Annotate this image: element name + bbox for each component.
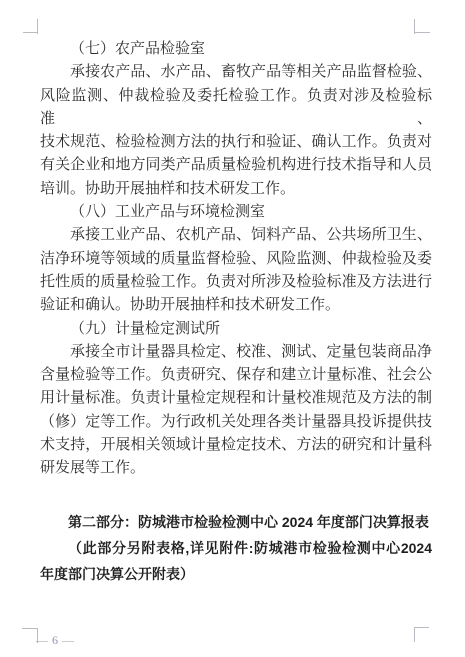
page-number-right-dash: —: [62, 633, 74, 647]
part-two-title-block: 第二部分：防城港市检验检测中心 2024 年度部门决算报表 （此部分另附表格,详…: [40, 509, 432, 587]
subsection-heading: （八）工业产品与环境检测室: [40, 201, 432, 224]
subsection-heading: （九）计量检定测试所: [40, 318, 432, 341]
body-text-line: 承接农产品、水产品、畜牧产品等相关产品监督检验、: [40, 61, 432, 84]
body-text-line: 有关企业和地方同类产品质量检验机构进行技术指导和人员: [40, 154, 432, 177]
crop-mark-bottom-left-horizontal: [22, 628, 37, 629]
attachment-note-line: （此部分另附表格,详见附件:防城港市检验检测中心2024: [40, 535, 432, 561]
body-text-line: 验证和确认。协助开展抽样和技术研发工作。: [40, 294, 432, 317]
body-text-line: 技术规范、检验检测方法的执行和验证、确认工作。负责对: [40, 131, 432, 154]
body-text-line: 托性质的质量检验工作。负责对所涉及检验标准及方法进行: [40, 271, 432, 294]
body-text-line: 含量检验等工作。负责研究、保存和建立计量标准、社会公: [40, 364, 432, 387]
body-text-line: 承接工业产品、农机产品、饲料产品、公共场所卫生、: [40, 224, 432, 247]
body-text-line: 承接全市计量器具检定、校准、测试、定量包装商品净: [40, 341, 432, 364]
page-number: — 6 —: [36, 633, 74, 647]
body-text-line: （修）定等工作。为行政机关处理各类计量器具投诉提供技: [40, 411, 432, 434]
part-two-title-line: 第二部分：防城港市检验检测中心 2024 年度部门决算报表: [40, 509, 432, 535]
crop-mark-bottom-right-vertical: [414, 627, 415, 642]
crop-mark-top-left-horizontal: [23, 32, 38, 33]
document-page: （七）农产品检验室 承接农产品、水产品、畜牧产品等相关产品监督检验、 风险监测、…: [0, 0, 465, 657]
page-number-left-dash: —: [36, 633, 48, 647]
body-paragraphs: （七）农产品检验室 承接农产品、水产品、畜牧产品等相关产品监督检验、 风险监测、…: [40, 38, 432, 481]
page-number-value: 6: [52, 633, 58, 647]
body-text-line: 洁净环境等领域的质量监督检验、风险监测、仲裁检验及委: [40, 248, 432, 271]
subsection-heading: （七）农产品检验室: [40, 38, 432, 61]
text-column: （七）农产品检验室 承接农产品、水产品、畜牧产品等相关产品监督检验、 风险监测、…: [40, 38, 432, 587]
body-text-line: 风险监测、仲裁检验及委托检验工作。负责对涉及检验标准、: [40, 85, 432, 132]
attachment-note-line: 年度部门决算公开附表）: [40, 561, 432, 587]
body-text-line: 用计量标准。负责计量检定规程和计量校准规范及方法的制: [40, 387, 432, 410]
body-text-line: 研发展等工作。: [40, 457, 432, 480]
crop-mark-bottom-right-horizontal: [414, 627, 429, 628]
body-text-line: 术支持，开展相关领域计量检定技术、方法的研究和计量科: [40, 434, 432, 457]
body-text-line: 培训。协助开展抽样和技术研发工作。: [40, 178, 432, 201]
crop-mark-top-right-horizontal: [415, 32, 430, 33]
